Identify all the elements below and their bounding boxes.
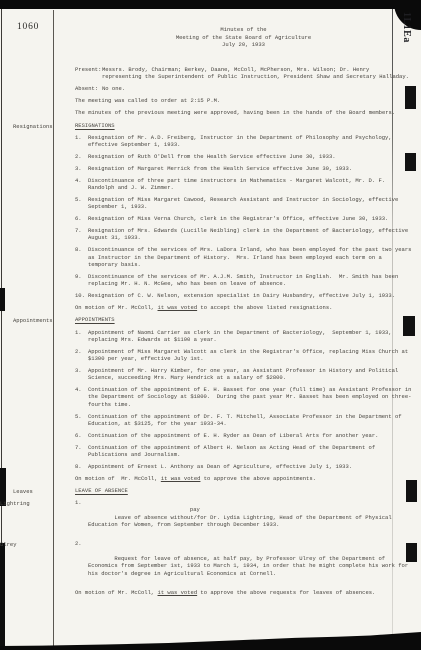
vote-phrase: it was voted bbox=[161, 475, 201, 482]
item-number: 1. bbox=[75, 329, 82, 336]
item-number: 3. bbox=[75, 165, 82, 172]
item-number: 6. bbox=[75, 432, 82, 439]
scanned-minutes-page: 1060 1L1Ea Minutes of the Meeting of the… bbox=[0, 0, 421, 650]
item-number: 2. bbox=[75, 153, 82, 160]
item-text-before: Leave of absence without/ bbox=[114, 514, 197, 521]
motion-pre: On motion of Mr. McColl, bbox=[75, 475, 161, 482]
item-text: Discontinuance of the services of Mrs. L… bbox=[88, 246, 415, 268]
item-text: Continuation of the appointment of Dr. F… bbox=[88, 413, 405, 427]
resignation-item: 4.Discontinuance of three part time inst… bbox=[75, 177, 412, 192]
motion-post: to accept the above listed resignations. bbox=[197, 304, 332, 311]
motion-resignations: On motion of Mr. McColl, it was voted to… bbox=[75, 304, 412, 311]
appointment-item: 5.Continuation of the appointment of Dr.… bbox=[75, 413, 412, 428]
scan-artifact bbox=[0, 543, 5, 650]
item-text: Continuation of the appointment of Alber… bbox=[88, 444, 378, 458]
heading-resignations: RESIGNATIONS bbox=[75, 122, 412, 129]
item-number: 7. bbox=[75, 227, 82, 234]
margin-rule-line bbox=[53, 10, 54, 646]
vote-phrase: it was voted bbox=[158, 589, 198, 596]
absent-label: Absent: bbox=[75, 85, 102, 92]
item-text: Appointment of Miss Margaret Walcott as … bbox=[88, 348, 411, 362]
item-number: 2. bbox=[75, 540, 82, 547]
item-text: Resignation of Margaret Merrick from the… bbox=[88, 165, 352, 172]
leave-item-lightring: Lightring 1.Leave of absence without/pay… bbox=[75, 499, 412, 535]
item-text: Resignation of C. W. Nelson, extension s… bbox=[88, 292, 395, 299]
item-number: 5. bbox=[75, 196, 82, 203]
scan-top-edge bbox=[0, 0, 421, 9]
present-text: Messrs. Brody, Chairman; Berkey, Daane, … bbox=[102, 66, 412, 81]
appointment-item: 3.Appointment of Mr. Harry Kimber, for o… bbox=[75, 367, 412, 382]
item-number: 2. bbox=[75, 348, 82, 355]
resignation-item: 7.Resignation of Mrs. Edwards (Lucille N… bbox=[75, 227, 412, 242]
appointment-item: 8.Appointment of Ernest L. Anthony as De… bbox=[75, 463, 412, 470]
typed-insertion-pay: pay bbox=[190, 506, 200, 513]
present-row: Present: Messrs. Brody, Chairman; Berkey… bbox=[75, 66, 412, 81]
scan-bottom-edge bbox=[0, 628, 421, 650]
item-number: 9. bbox=[75, 273, 82, 280]
section-leaves: Leaves LEAVE OF ABSENCE Lightring 1.Leav… bbox=[75, 487, 412, 596]
item-number: 4. bbox=[75, 177, 82, 184]
appointment-item: 1.Appointment of Naomi Carrier as clerk … bbox=[75, 329, 412, 344]
item-text: Resignation of Miss Verna Church, clerk … bbox=[88, 215, 388, 222]
item-number: 1. bbox=[75, 134, 82, 141]
resignation-item: 1.Resignation of Mr. A.D. Freiberg, Inst… bbox=[75, 134, 412, 149]
absent-row: Absent: No one. bbox=[75, 85, 412, 92]
title-line-1: Minutes of the bbox=[75, 26, 412, 34]
item-number: 1. bbox=[75, 499, 82, 506]
item-number: 10. bbox=[75, 292, 85, 299]
item-text: Discontinuance of three part time instru… bbox=[88, 177, 388, 191]
present-label: Present: bbox=[75, 66, 102, 81]
margin-note-lightring: Lightring bbox=[0, 500, 30, 507]
heading-appointments: APPOINTMENTS bbox=[75, 316, 412, 323]
margin-note-appointments: Appointments bbox=[13, 317, 53, 324]
margin-note-leaves: Leaves bbox=[13, 488, 33, 495]
motion-pre: On motion of Mr. McColl, bbox=[75, 304, 158, 311]
resignation-item: 5.Resignation of Miss Margaret Cawood, R… bbox=[75, 196, 412, 211]
item-number: 7. bbox=[75, 444, 82, 451]
call-to-order-text: The meeting was called to order at 2:15 … bbox=[75, 97, 412, 104]
item-text: Continuation of the appointment of E. H.… bbox=[88, 432, 378, 439]
item-text: Appointment of Ernest L. Anthony as Dean… bbox=[88, 463, 352, 470]
resignation-item: 3.Resignation of Margaret Merrick from t… bbox=[75, 165, 412, 172]
minutes-approved-text: The minutes of the previous meeting were… bbox=[75, 109, 412, 116]
document-body: Minutes of the Meeting of the State Boar… bbox=[75, 26, 412, 601]
item-number: 5. bbox=[75, 413, 82, 420]
margin-note-ulrey: Ulrey bbox=[0, 541, 17, 548]
motion-appointments: On motion of Mr. McColl, it was voted to… bbox=[75, 475, 412, 482]
vote-phrase: it was voted bbox=[158, 304, 198, 311]
item-number: 8. bbox=[75, 463, 82, 470]
item-number: 8. bbox=[75, 246, 82, 253]
appointment-item: 2.Appointment of Miss Margaret Walcott a… bbox=[75, 348, 412, 363]
heading-leaves: LEAVE OF ABSENCE bbox=[75, 487, 412, 494]
title-line-2: Meeting of the State Board of Agricultur… bbox=[75, 34, 412, 42]
section-appointments: Appointments APPOINTMENTS 1.Appointment … bbox=[75, 316, 412, 482]
item-text: Appointment of Naomi Carrier as clerk in… bbox=[88, 329, 395, 343]
resignation-item: 6.Resignation of Miss Verna Church, cler… bbox=[75, 215, 412, 222]
item-text: Resignation of Mr. A.D. Freiberg, Instru… bbox=[88, 134, 395, 148]
motion-pre: On motion of Mr. McColl, bbox=[75, 589, 158, 596]
absent-text: No one. bbox=[102, 85, 412, 92]
item-number: 6. bbox=[75, 215, 82, 222]
section-resignations: Resignations RESIGNATIONS 1.Resignation … bbox=[75, 122, 412, 312]
resignation-item: 8.Discontinuance of the services of Mrs.… bbox=[75, 246, 412, 268]
motion-leaves: On motion of Mr. McColl, it was voted to… bbox=[75, 589, 412, 596]
resignation-item: 9.Discontinuance of the services of Mr. … bbox=[75, 273, 412, 288]
appointment-item: 6.Continuation of the appointment of E. … bbox=[75, 432, 412, 439]
item-text: Resignation of Ruth O'Dell from the Heal… bbox=[88, 153, 336, 160]
item-number: 3. bbox=[75, 367, 82, 374]
item-text: Resignation of Mrs. Edwards (Lucille Nei… bbox=[88, 227, 411, 241]
title-line-3: July 20, 1933 bbox=[75, 41, 412, 49]
resignation-item: 10.Resignation of C. W. Nelson, extensio… bbox=[75, 292, 412, 299]
motion-post: to approve the above appointments. bbox=[200, 475, 316, 482]
resignation-item: 2.Resignation of Ruth O'Dell from the He… bbox=[75, 153, 412, 160]
item-text: Discontinuance of the services of Mr. A.… bbox=[88, 273, 402, 287]
item-text: Continuation of the appointment of E. H.… bbox=[88, 386, 415, 408]
document-title: Minutes of the Meeting of the State Boar… bbox=[75, 26, 412, 49]
item-text: Appointment of Mr. Harry Kimber, for one… bbox=[88, 367, 402, 381]
leave-item-ulrey: Ulrey 2.Request for leave of absence, at… bbox=[75, 540, 412, 584]
appointment-item: 7.Continuation of the appointment of Alb… bbox=[75, 444, 412, 459]
item-number: 4. bbox=[75, 386, 82, 393]
motion-post: to approve the above requests for leaves… bbox=[197, 589, 375, 596]
item-text: Request for leave of absence, at half pa… bbox=[88, 555, 411, 577]
appointment-item: 4.Continuation of the appointment of E. … bbox=[75, 386, 412, 408]
item-text: Resignation of Miss Margaret Cawood, Res… bbox=[88, 196, 402, 210]
margin-note-resignations: Resignations bbox=[13, 123, 53, 130]
page-number: 1060 bbox=[17, 24, 39, 31]
scan-artifact bbox=[0, 288, 5, 311]
